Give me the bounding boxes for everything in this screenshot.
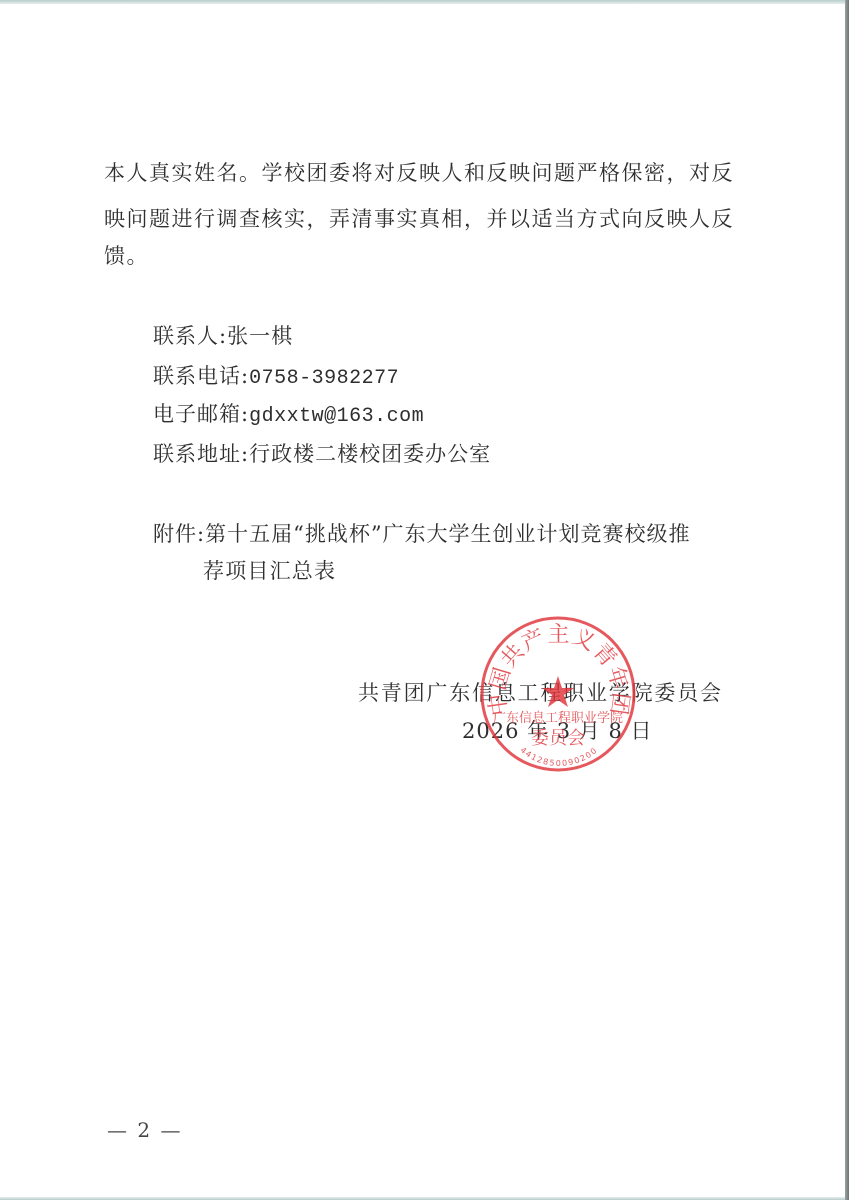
- contact-address-value: 行政楼二楼校团委办公室: [249, 442, 491, 466]
- contact-address: 联系地址:行政楼二楼校团委办公室: [153, 440, 491, 468]
- contact-person-label: 联系人:: [153, 324, 227, 348]
- contact-email-label: 电子邮箱:: [153, 402, 249, 426]
- signature-organization: 共青团广东信息工程职业学院委员会: [358, 679, 723, 707]
- paragraph-line-1: 本人真实姓名。学校团委将对反映人和反映问题严格保密，对反: [104, 159, 734, 187]
- paragraph-line-3: 馈。: [104, 242, 149, 270]
- page-number: — 2 —: [107, 1117, 182, 1143]
- contact-address-label: 联系地址:: [153, 442, 249, 466]
- contact-email-value: gdxxtw@163.com: [249, 405, 424, 428]
- attachment-line-1: 附件:第十五届“挑战杯”广东大学生创业计划竞赛校级推: [153, 520, 691, 548]
- contact-phone-value: 0758-3982277: [249, 367, 399, 390]
- document-page: 本人真实姓名。学校团委将对反映人和反映问题严格保密，对反 映问题进行调查核实，弄…: [0, 0, 849, 1200]
- svg-text:4412850090200: 4412850090200: [518, 745, 599, 768]
- contact-phone: 联系电话:0758-3982277: [153, 362, 399, 393]
- contact-person-value: 张一棋: [227, 324, 293, 348]
- scan-edge-right: [845, 0, 849, 1200]
- contact-email: 电子邮箱:gdxxtw@163.com: [153, 400, 424, 431]
- contact-person: 联系人:张一棋: [153, 322, 293, 350]
- signature-date: 2026 年 3 月 8 日: [462, 717, 653, 745]
- attachment-title-part1: 第十五届“挑战杯”广东大学生创业计划竞赛校级推: [205, 522, 690, 546]
- contact-phone-label: 联系电话:: [153, 364, 249, 388]
- paragraph-line-2: 映问题进行调查核实，弄清事实真相，并以适当方式向反映人反: [104, 205, 734, 233]
- scan-edge-top: [0, 0, 849, 4]
- attachment-line-2: 荐项目汇总表: [203, 557, 336, 585]
- attachment-label: 附件:: [153, 522, 205, 546]
- stamp-code: 4412850090200: [518, 745, 599, 768]
